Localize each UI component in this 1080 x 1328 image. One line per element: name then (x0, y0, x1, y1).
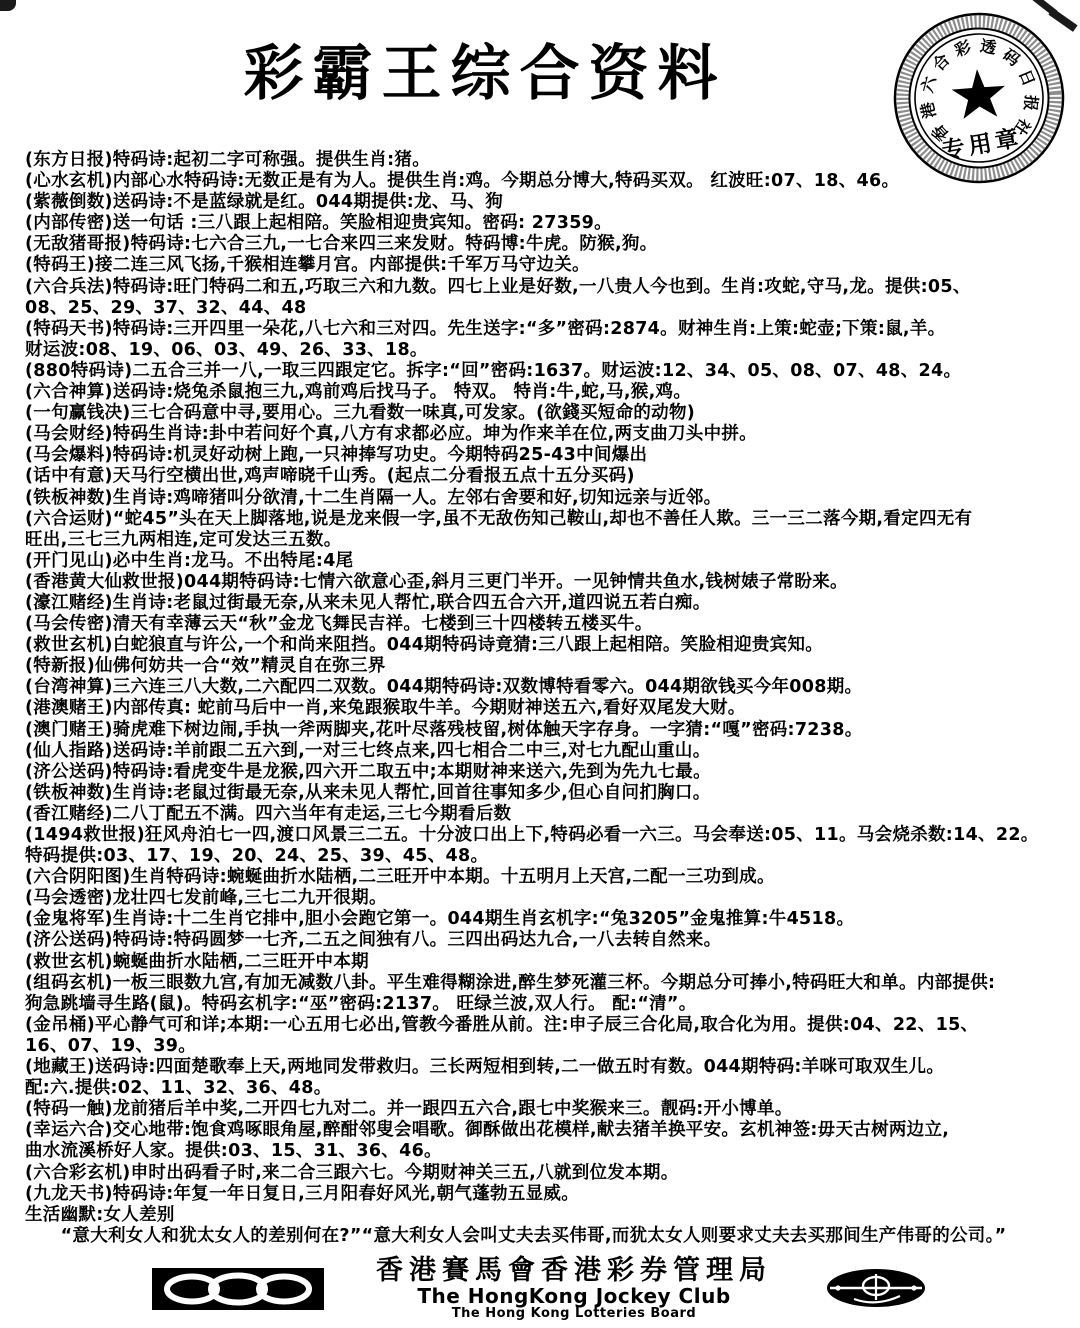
text-line: (特新报)仙佛何妨共一合“效”精灵自在弥三界 (25, 656, 1066, 677)
text-line: 16、07、19、39。 (25, 1036, 1066, 1057)
hkjc-chain-logo-icon (152, 1268, 324, 1310)
text-line: (马会透密)龙壮四七发前峰,三七二九开很期。 (25, 888, 1066, 909)
text-line: 曲水流溪桥好人家。提供:03、15、31、36、46。 (25, 1141, 1066, 1162)
text-line: (铁板神数)生肖诗:老鼠过街最无奈,从来未见人帮忙,回首往事知多少,但心自问扪胸… (25, 783, 1066, 804)
text-line: (开门见山)必中生肖:龙马。不出特尾:4尾 (25, 551, 1066, 572)
footer-org-names: 香港賽馬會香港彩券管理局 The HongKong Jockey Club Th… (376, 1257, 772, 1321)
text-line: (六合兵法)特码诗:旺门特码二和五,巧取三六和九数。四七上业是好数,一八贵人今也… (25, 277, 1066, 298)
header: 彩霸王综合资料 香港六合彩透码日报社 专用章 (0, 0, 1080, 150)
text-line: (马会财经)特码生肖诗:卦中若问好个真,八方有求都必应。坤为作来羊在位,两支曲刀… (25, 424, 1066, 445)
text-line: (特码天书)特码诗:三开四里一朵花,八七六和三对四。先生送字:“多”密码:287… (25, 319, 1066, 340)
text-line: (一句赢钱决)三七合码意中寻,要用心。三九看数一味真,可发家。(欲錢买短命的动物… (25, 403, 1066, 424)
text-line: 狗急跳墙寻生路(鼠)。特码玄机字:“巫”密码:2137。 旺绿兰波,双人行。 配… (25, 994, 1066, 1015)
text-line: (1494救世报)狂风舟泊七一四,渡口风景三二五。十分波口出上下,特码必看一六三… (25, 825, 1066, 846)
text-line: (话中有意)天马行空横出世,鸡声啼晓千山秀。(起点二分看报五点十五分买码) (25, 466, 1066, 487)
text-line: (铁板神数)生肖诗:鸡啼猪叫分欲清,十二生肖隔一人。左邻右舍要和好,切知远亲与近… (25, 488, 1066, 509)
text-line: (救世玄机)白蛇狼直与许公,一个和尚来阻挡。044期特码诗竟猜:三八跟上起相陪。… (25, 635, 1066, 656)
text-line: (幸运六合)交心地带:饱食鸡啄眼角屋,醉酣邻叟会唱歌。御酥做出花模样,献去猪羊换… (25, 1120, 1066, 1141)
footer-org-name-cn: 香港賽馬會香港彩券管理局 (376, 1257, 772, 1285)
text-line: (特码王)接二连三风飞扬,千猴相连攀月宫。内部提供:千军万马守边关。 (25, 255, 1066, 276)
text-line: (九龙天书)特码诗:年复一年日复日,三月阳春好风光,朝气蓬勃五显威。 (25, 1184, 1066, 1205)
page-title: 彩霸王综合资料 (235, 26, 735, 112)
text-line: (台湾神算)三六连三八大数,二六配四二双数。044期特码诗:双数博特看零六。04… (25, 677, 1066, 698)
text-line: (六合运财)“蛇45”头在天上脚落地,说是龙来假一字,虽不无敌伤知己鞍山,却也不… (25, 509, 1066, 530)
text-line: (880特码诗)二五合三并一八,一取三四跟定它。拆字:“回”密码:1637。财运… (25, 361, 1066, 382)
text-line: (仙人指路)送码诗:羊前跟二五六到,一对三七终点来,四七相合二中三,对七九配山重… (25, 741, 1066, 762)
svg-text:日: 日 (1015, 67, 1039, 89)
svg-text:彩: 彩 (952, 37, 973, 60)
text-line: (六合彩玄机)申时出码看子时,来二合三跟六七。今期财神关三五,八就到位发本期。 (25, 1163, 1066, 1184)
hkjc-oval-logo-icon (824, 1266, 928, 1312)
text-line: 配:六.提供:02、11、32、36、48。 (25, 1078, 1066, 1099)
svg-text:六: 六 (918, 74, 941, 95)
text-line: (六合阴阳图)生肖特码诗:蜿蜒曲折水陆栖,二三旺开中本期。十五明月上天宫,二配一… (25, 867, 1066, 888)
text-line: 旺出,三七三九两相连,定可发达三五数。 (25, 530, 1066, 551)
text-line: (组码玄机)一板三眼数九宫,有加无减数八卦。平生难得糊涂进,醉生梦死灌三杯。今期… (25, 973, 1066, 994)
text-line: (澳门赌王)骑虎难下树边闹,手执一斧两脚夹,花叶尽落残枝留,树体触天字存身。一字… (25, 720, 1066, 741)
text-line: (马会传密)清天有幸薄云天“秋”金龙飞舞民吉祥。七楼到三十四楼转五楼买牛。 (25, 614, 1066, 635)
text-line: “意大利女人和犹太女人的差别何在?”“意大利女人会叫丈夫去买伟哥,而犹太女人则要… (25, 1226, 1066, 1247)
svg-text:港: 港 (917, 100, 939, 120)
text-line: (香港黄大仙救世报)044期特码诗:七情六欲意心歪,斜月三更门半开。一见钟情共鱼… (25, 572, 1066, 593)
footer: 香港賽馬會香港彩券管理局 The HongKong Jockey Club Th… (0, 1250, 1080, 1328)
text-line: (港澳赌王)内部传真: 蛇前马后中一肖,来兔跟猴取牛羊。今期财神送五六,看好双尾… (25, 698, 1066, 719)
text-line: (地藏王)送码诗:四面楚歌奉上天,两地同发带救归。三长两短相到转,二一做五时有数… (25, 1057, 1066, 1078)
text-line: (金鬼将军)生肖诗:十二生肖它排中,胆小会跑它第一。044期生肖玄机字:“兔32… (25, 909, 1066, 930)
text-line: (特码一触)龙前猪后羊中奖,二开四七九对二。并一跟四五六合,跟七中奖猴来三。靓码… (25, 1099, 1066, 1120)
official-seal-stamp: 香港六合彩透码日报社 专用章 (890, 8, 1068, 188)
text-line: (济公送码)特码诗:看虎变牛是龙猴,四六开二取五中;本期财神来送六,先到为先九七… (25, 762, 1066, 783)
text-line: (紫薇倒数)送码诗:不是蓝绿就是红。044期提供:龙、马、狗 (25, 192, 1066, 213)
text-line: (金吊桶)平心静气可和详;本期:一心五用七必出,管教今番胜从前。注:申子辰三合化… (25, 1015, 1066, 1036)
text-line: (内部传密)送一句话 :三八跟上起相陪。笑脸相迎贵宾知。密码: 27359。 (25, 213, 1066, 234)
tips-list: (东方日报)特码诗:起初二字可称强。提供生肖:猪。(心水玄机)内部心水特码诗:无… (0, 150, 1080, 1247)
text-line: (六合神算)送码诗:烧兔杀鼠抱三九,鸡前鸡后找马子。 特双。 特肖:牛,蛇,马,… (25, 382, 1066, 403)
footer-org-name-en: The HongKong Jockey Club (376, 1286, 772, 1307)
text-line: 生活幽默:女人差别 (25, 1205, 1066, 1226)
text-line: 特码提供:03、17、19、20、24、25、39、45、48。 (25, 846, 1066, 867)
text-line: (无敌猪哥报)特码诗:七六合三九,一七合来四三来发财。特码博:牛虎。防猴,狗。 (25, 234, 1066, 255)
svg-text:报: 报 (1021, 94, 1041, 112)
footer-org-name-en-sub: The Hong Kong Lotteries Board (376, 1307, 772, 1321)
text-line: (救世玄机)蜿蜒曲折水陆栖,二三旺开中本期 (25, 952, 1066, 973)
text-line: (香江赌经)二八丁配五不满。四六当年有走运,三七今期看后数 (25, 804, 1066, 825)
svg-text:透: 透 (979, 36, 998, 58)
text-line: (濠江赌经)生肖诗:老鼠过街最无奈,从来未见人帮忙,联合四五合六开,道四说五若白… (25, 593, 1066, 614)
seal-star-icon (950, 67, 1007, 119)
text-line: (马会爆料)特码诗:机灵好动树上跑,一只神捧写功史。今期特码25-43中间爆出 (25, 445, 1066, 466)
text-line: (济公送码)特码诗:特码圆梦一七齐,二五之间独有八。三四出码达九合,一八去转自然… (25, 930, 1066, 951)
text-line: 财运波:08、19、06、03、49、26、33、18。 (25, 340, 1066, 361)
text-line: 08、25、29、37、32、44、48 (25, 298, 1066, 319)
